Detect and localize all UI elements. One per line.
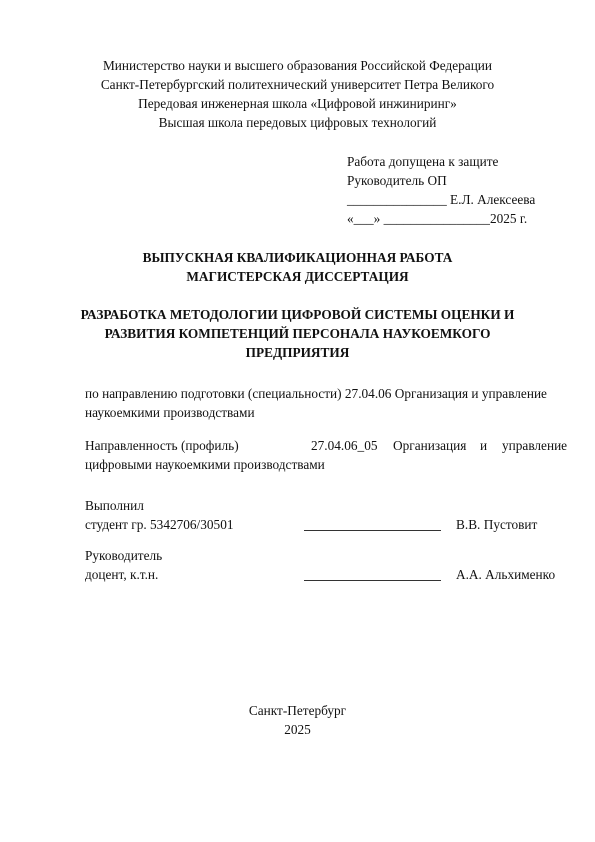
profile-word-2: и	[480, 438, 487, 454]
work-type-line1: ВЫПУСКНАЯ КВАЛИФИКАЦИОННАЯ РАБОТА	[0, 250, 595, 266]
profile-label: Направленность (профиль)	[85, 438, 239, 454]
profile-word-3: управление	[502, 438, 567, 454]
signature-role: Руководитель	[85, 548, 162, 564]
university-line: Санкт-Петербургский политехнический унив…	[0, 77, 595, 93]
direction-line2: наукоемкими производствами	[85, 405, 255, 421]
direction-line1: по направлению подготовки (специальности…	[85, 386, 547, 402]
signature-position: доцент, к.т.н.	[85, 567, 158, 583]
signature-line	[304, 530, 441, 531]
approval-date: «___» ________________2025 г.	[347, 211, 527, 227]
school-line: Передовая инженерная школа «Цифровой инж…	[0, 96, 595, 112]
approval-admitted: Работа допущена к защите	[347, 154, 498, 170]
profile-word-1: Организация	[393, 438, 466, 454]
approval-supervisor-signature: _______________ Е.Л. Алексеева	[347, 192, 535, 208]
work-type-line2: МАГИСТЕРСКАЯ ДИССЕРТАЦИЯ	[0, 269, 595, 285]
signature-role: Выполнил	[85, 498, 144, 514]
thesis-title-line3: ПРЕДПРИЯТИЯ	[0, 345, 595, 361]
signature-line	[304, 580, 441, 581]
approval-supervisor-label: Руководитель ОП	[347, 173, 447, 189]
signature-name: В.В. Пустовит	[456, 517, 537, 533]
thesis-title-line1: РАЗРАБОТКА МЕТОДОЛОГИИ ЦИФРОВОЙ СИСТЕМЫ …	[0, 307, 595, 323]
profile-line2: цифровыми наукоемкими производствами	[85, 457, 325, 473]
footer-year: 2025	[0, 722, 595, 738]
profile-code: 27.04.06_05	[311, 438, 377, 454]
footer-city: Санкт-Петербург	[0, 703, 595, 719]
higher-school-line: Высшая школа передовых цифровых технолог…	[0, 115, 595, 131]
thesis-title-line2: РАЗВИТИЯ КОМПЕТЕНЦИЙ ПЕРСОНАЛА НАУКОЕМКО…	[0, 326, 595, 342]
ministry-line: Министерство науки и высшего образования…	[0, 58, 595, 74]
signature-position: студент гр. 5342706/30501	[85, 517, 234, 533]
signature-name: А.А. Альхименко	[456, 567, 555, 583]
